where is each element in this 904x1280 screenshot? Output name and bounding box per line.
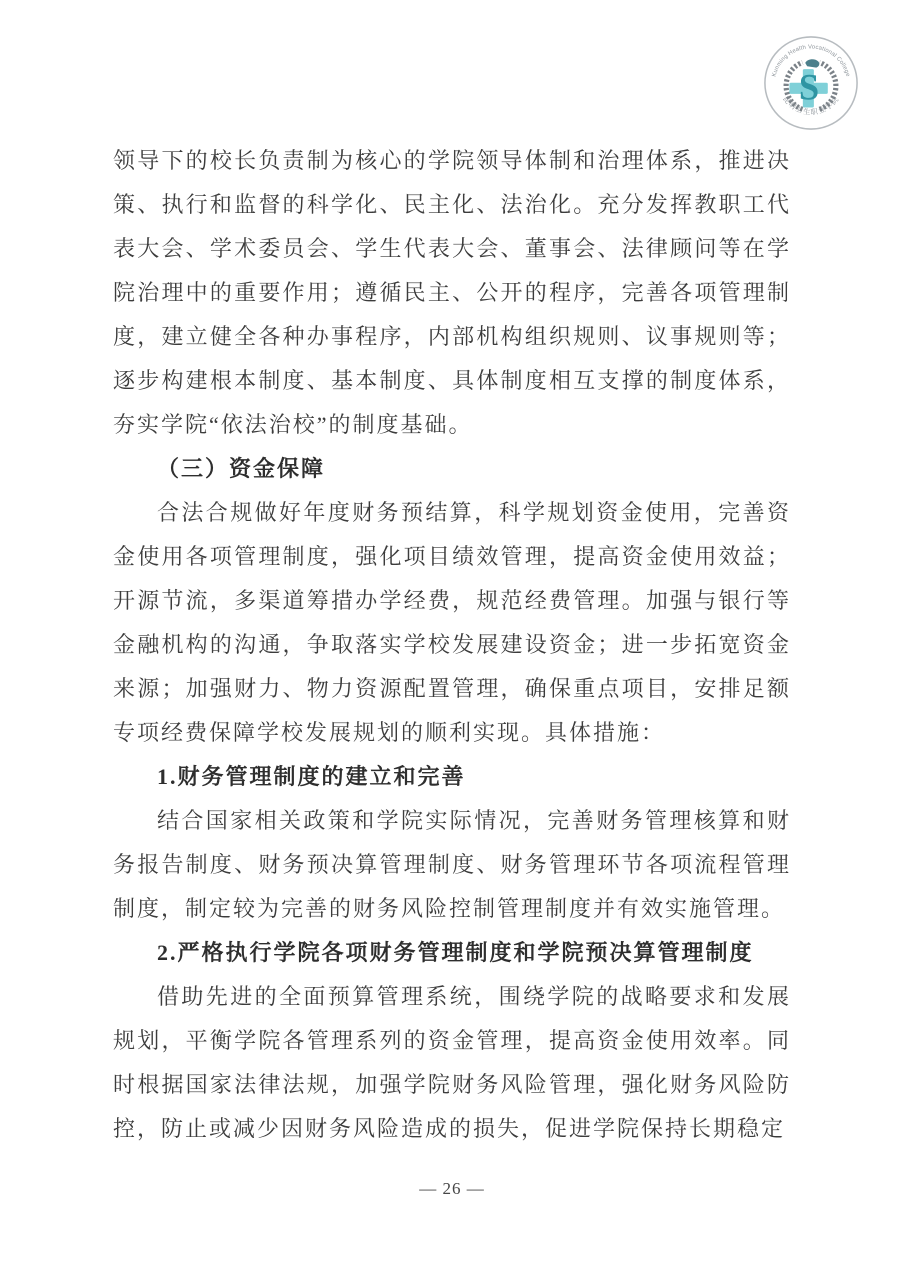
section-heading-funding-guarantee: （三）资金保障	[113, 447, 791, 491]
document-body: 领导下的校长负责制为核心的学院领导体制和治理体系，推进决策、执行和监督的科学化、…	[113, 139, 791, 1151]
subsection-heading-financial-system: 1.财务管理制度的建立和完善	[113, 755, 791, 799]
paragraph-budget-enforcement: 借助先进的全面预算管理系统，围绕学院的战略要求和发展规划，平衡学院各管理系列的资…	[113, 975, 791, 1151]
paragraph-financial-system: 结合国家相关政策和学院实际情况，完善财务管理核算和财务报告制度、财务预决算管理制…	[113, 799, 791, 931]
dragon-s-icon: S	[799, 59, 819, 107]
subsection-heading-budget-enforcement: 2.严格执行学院各项财务管理制度和学院预决算管理制度	[113, 931, 791, 975]
svg-text:S: S	[799, 66, 819, 107]
college-seal-logo: Kunming Health Vocational College 昆明卫生职业…	[763, 35, 859, 131]
college-seal-svg: Kunming Health Vocational College 昆明卫生职业…	[763, 35, 859, 131]
paragraph-governance-continued: 领导下的校长负责制为核心的学院领导体制和治理体系，推进决策、执行和监督的科学化、…	[113, 139, 791, 447]
paragraph-funding-overview: 合法合规做好年度财务预结算，科学规划资金使用，完善资金使用各项管理制度，强化项目…	[113, 491, 791, 755]
page-number: — 26 —	[0, 1174, 904, 1204]
